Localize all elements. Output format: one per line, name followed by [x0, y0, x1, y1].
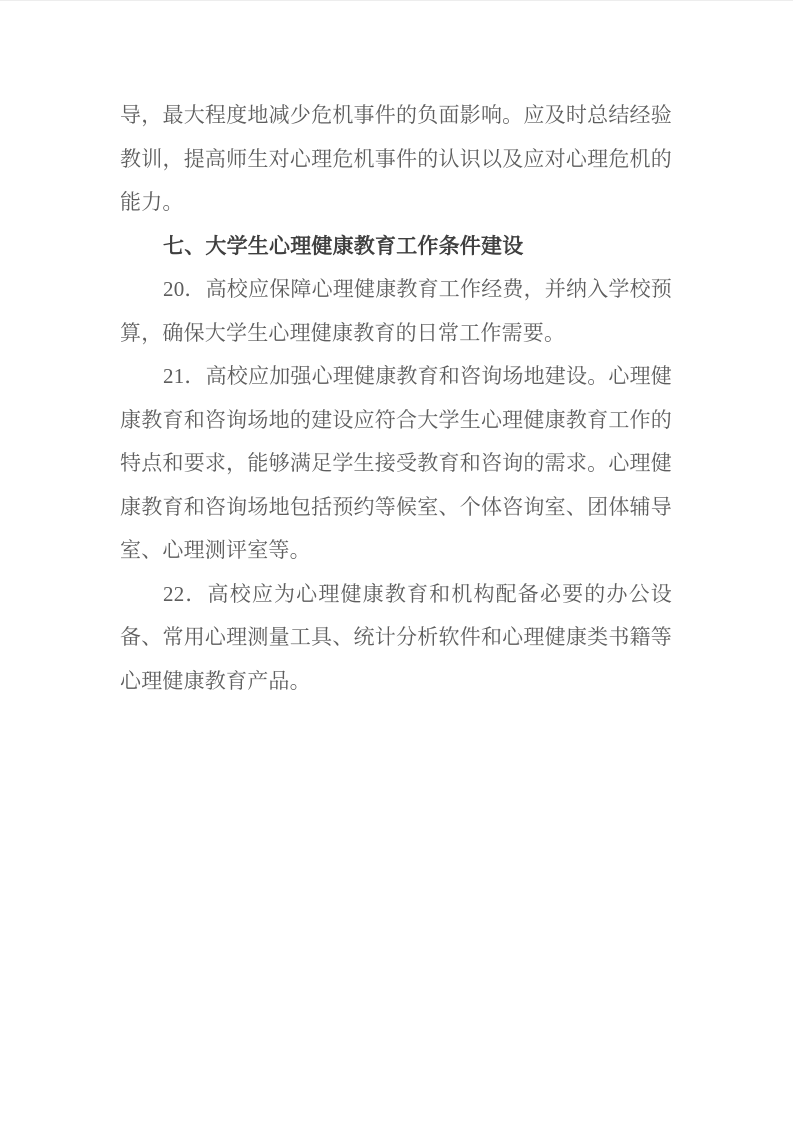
- document-page: 导，最大程度地减少危机事件的负面影响。应及时总结经验教训，提高师生对心理危机事件…: [0, 0, 793, 1122]
- paragraph-item-20: 20．高校应保障心理健康教育工作经费，并纳入学校预算，确保大学生心理健康教育的日…: [120, 268, 672, 355]
- document-text-block: 导，最大程度地减少危机事件的负面影响。应及时总结经验教训，提高师生对心理危机事件…: [120, 94, 672, 703]
- paragraph-item-21: 21．高校应加强心理健康教育和咨询场地建设。心理健康教育和咨询场地的建设应符合大…: [120, 355, 672, 573]
- paragraph-item-22: 22．高校应为心理健康教育和机构配备必要的办公设备、常用心理测量工具、统计分析软…: [120, 573, 672, 704]
- section-heading: 七、大学生心理健康教育工作条件建设: [120, 225, 672, 269]
- paragraph-continuation: 导，最大程度地减少危机事件的负面影响。应及时总结经验教训，提高师生对心理危机事件…: [120, 94, 672, 225]
